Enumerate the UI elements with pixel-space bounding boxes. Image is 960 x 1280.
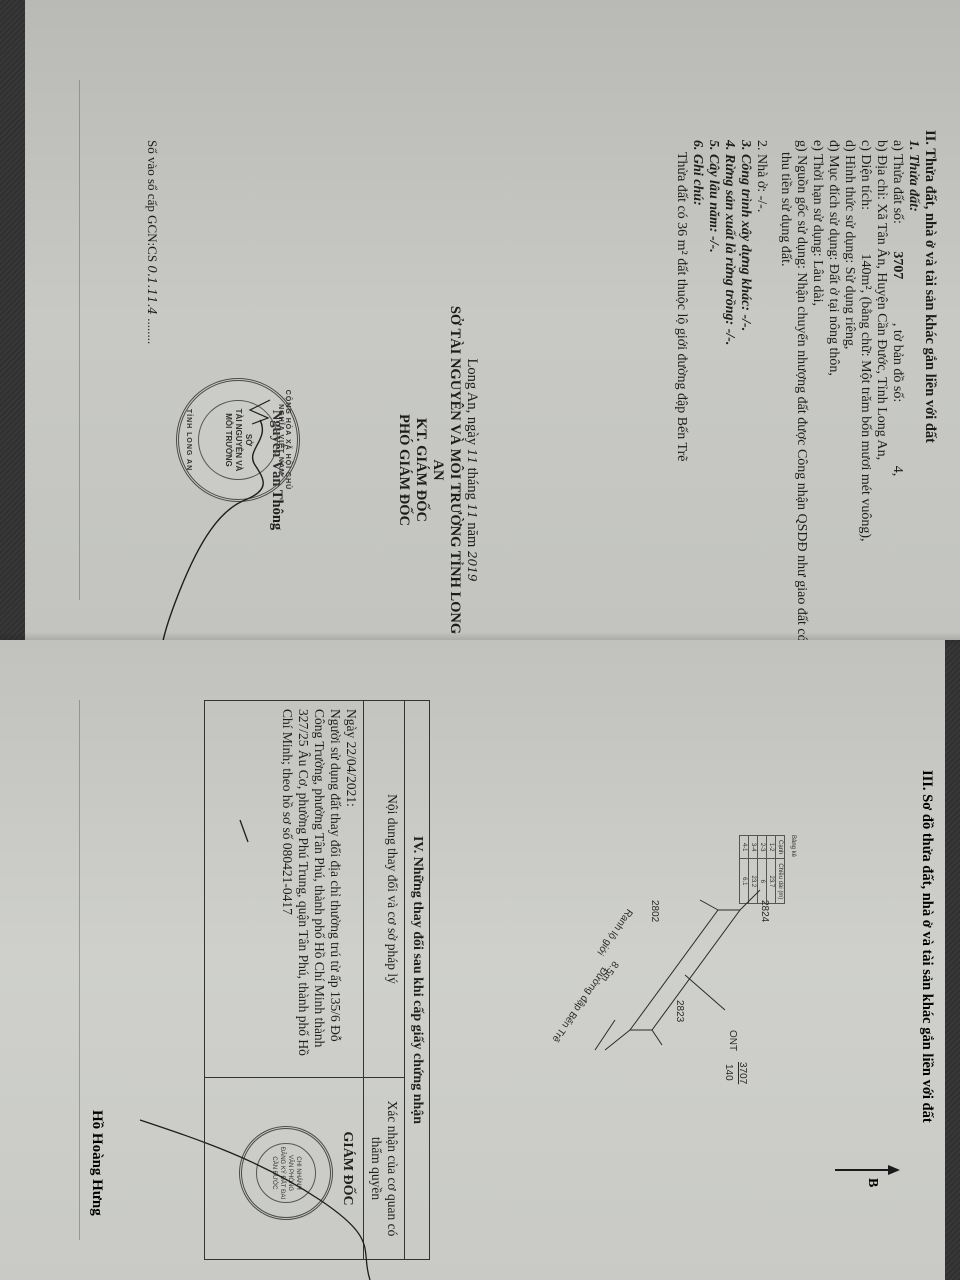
section-ii: II. Thửa đất, nhà ở và tài sản khác gắn … — [673, 130, 938, 642]
parcel-number: 3707 — [890, 251, 905, 279]
signer-role: PHÓ GIÁM ĐỐC — [395, 300, 412, 640]
sign-year: 2019 — [465, 551, 479, 582]
issuing-organization: SỞ TÀI NGUYÊN VÀ MÔI TRƯỜNG TỈNH LONG AN — [429, 300, 463, 640]
usage-purpose-line: đ) Mục đích sử dụng: Đất ở tại nông thôn… — [825, 130, 841, 642]
signer-kt: KT. GIÁM ĐỐC — [412, 300, 429, 640]
area-label: c) Diện tích: — [858, 140, 873, 210]
area-value: 140m², (bằng chữ: Một trăm bốn mươi mét … — [858, 253, 873, 541]
area-line: c) Diện tích: 140m², (bằng chữ: Một trăm… — [857, 130, 873, 642]
parcel-number-line: a) Thửa đất số: 3707 , tờ bản đồ số: 4, — [889, 130, 905, 642]
rotated-document: II. Thửa đất, nhà ở và tài sản khác gắn … — [0, 0, 960, 1280]
map-sheet-label: , tờ bản đồ số: — [890, 323, 905, 402]
register-number: Số vào sổ cấp GCN:CS 0.1.11.4 ........ — [144, 140, 160, 344]
page-rule — [79, 80, 80, 600]
place-date: Long An, ngày 11 tháng 11 năm 2019 — [463, 300, 480, 640]
address-line: b) Địa chỉ: Xã Tân Ân, Huyện Cần Đước, T… — [873, 130, 889, 642]
parcel-number-label: a) Thửa đất số: — [890, 140, 905, 224]
section-ii-title: II. Thửa đất, nhà ở và tài sản khác gắn … — [921, 130, 938, 642]
map-sheet-number: 4, — [890, 466, 905, 477]
usage-form-line: d) Hình thức sử dụng: Sử dụng riêng, — [841, 130, 857, 642]
stamp-center: SỞ TÀI NGUYÊN VÀ MÔI TRƯỜNG — [198, 400, 278, 480]
usage-term-line: e) Thời hạn sử dụng: Lâu dài, — [809, 130, 825, 642]
origin-line-1: g) Nguồn gốc sử dụng: Nhận chuyển nhượng… — [793, 130, 809, 642]
item1-heading: 1. Thửa đất: — [905, 130, 921, 642]
production-forest-item: 4. Rừng sản xuất là rừng trồng: -/-. — [721, 130, 737, 642]
notes-text: Thửa đất có 36 m² đất thuộc lộ giới đườn… — [673, 130, 689, 642]
page-rule-right — [79, 700, 80, 1240]
other-construction-item: 3. Công trình xây dựng khác: -/-. — [737, 130, 753, 642]
sign-month: 11 — [465, 503, 479, 518]
official-stamp-icon: CỘNG HÒA XÃ HỘI CHỦ NGHĨA VIỆT NAM SỞ TÀ… — [176, 378, 300, 502]
origin-line-2: thu tiền sử dụng đất. — [777, 130, 793, 642]
handwritten-stroke-icon — [0, 640, 960, 1280]
perennial-trees-item: 5. Cây lâu năm: -/-. — [705, 130, 721, 642]
page-left: II. Thửa đất, nhà ở và tài sản khác gắn … — [25, 0, 960, 640]
register-value: 0.1.11.4 — [145, 265, 159, 315]
notes-heading: 6. Ghi chú: — [689, 130, 705, 642]
signature-block: Long An, ngày 11 tháng 11 năm 2019 SỞ TÀ… — [268, 300, 480, 640]
sign-day: 11 — [465, 449, 479, 464]
house-item: 2. Nhà ở: -/-. — [753, 130, 769, 642]
